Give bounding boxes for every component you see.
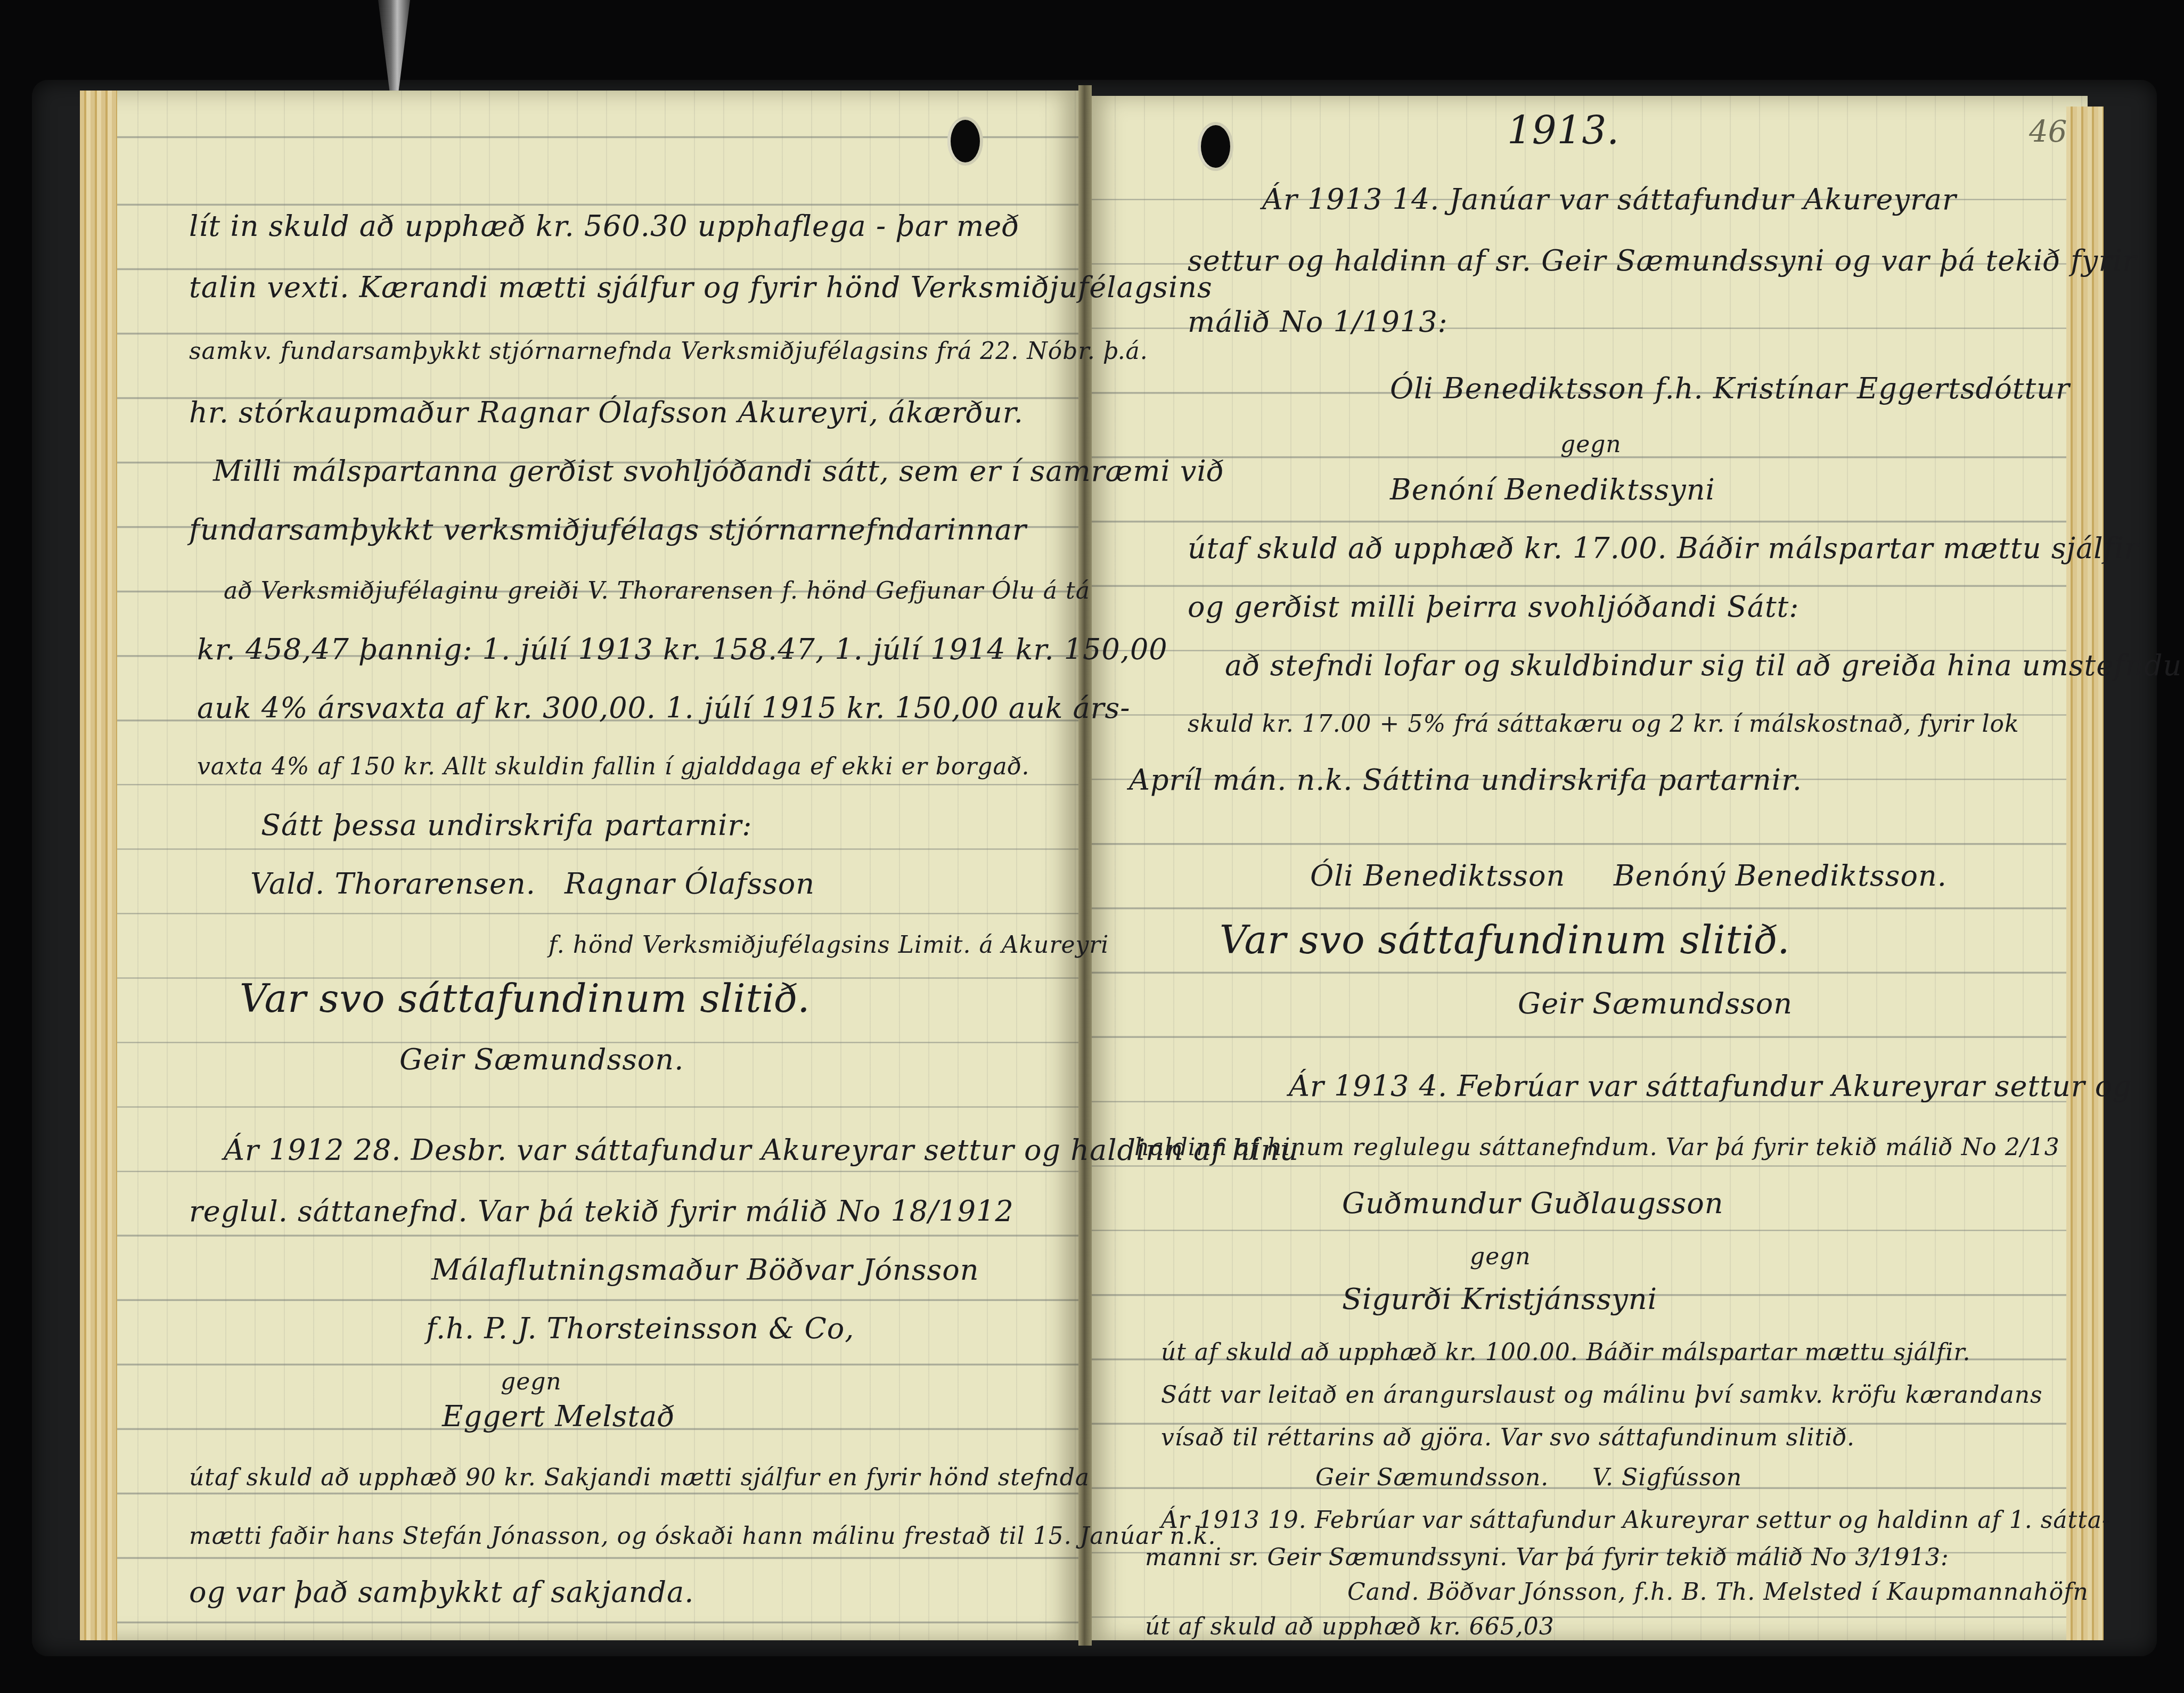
text-line: að Verksmiðjufélaginu greiði V. Thoraren…: [224, 575, 1090, 607]
closing-text: Var svo sáttafundinum slitið.: [240, 983, 811, 1015]
text-line: að stefndi lofar og skuldbindur sig til …: [1225, 650, 2182, 682]
text-line: Ár 1913 4. Febrúar var sáttafundur Akure…: [1289, 1070, 2132, 1102]
page-number: 46: [2029, 114, 2067, 149]
right-page-edges: [2066, 107, 2104, 1640]
text-line: Sátt var leitað en árangurslaust og máli…: [1161, 1379, 2043, 1411]
text-line: út af skuld að upphæð kr. 665,03: [1145, 1611, 1555, 1643]
text-line: kr. 458,47 þannig: 1. júlí 1913 kr. 158.…: [197, 634, 1168, 666]
signature: Óli Benediktsson: [1310, 860, 1565, 892]
text-line: hr. stórkaupmaður Ragnar Ólafsson Akurey…: [189, 397, 1024, 429]
text-line: vísað til réttarins að gjöra. Var svo sá…: [1161, 1422, 1855, 1454]
signature: Ragnar Ólafsson: [565, 868, 815, 900]
text-line: vaxta 4% af 150 kr. Allt skuldin fallin …: [197, 751, 1029, 783]
left-page-edges: [80, 91, 117, 1640]
text-line: Milli málspartanna gerðist svohljóðandi …: [213, 455, 1224, 487]
signature: Geir Sæmundsson.: [1315, 1462, 1549, 1494]
text-line: fundarsamþykkt verksmiðjufélags stjórnar…: [189, 514, 1027, 546]
signature: Benóný Benediktsson.: [1614, 860, 1947, 892]
text-line: settur og haldinn af sr. Geir Sæmundssyn…: [1188, 245, 2137, 277]
book-spine: [1078, 85, 1092, 1646]
signature-note: f. hönd Verksmiðjufélagsins Limit. á Aku…: [549, 929, 1109, 961]
text-line: Ár 1913 14. Janúar var sáttafundur Akure…: [1262, 184, 1957, 216]
text-line: út af skuld að upphæð kr. 100.00. Báðir …: [1161, 1337, 1971, 1369]
party-name: Málaflutningsmaður Böðvar Jónsson: [431, 1254, 979, 1286]
party-name: Óli Benediktsson f.h. Kristínar Eggertsd…: [1390, 373, 2070, 405]
text-line: málið No 1/1913:: [1188, 306, 1448, 338]
text-line: skuld kr. 17.00 + 5% frá sáttakæru og 2 …: [1188, 708, 2019, 740]
party-name: Sigurði Kristjánssyni: [1342, 1283, 1657, 1315]
text-line: lít in skuld að upphæð kr. 560.30 upphaf…: [189, 210, 1020, 242]
gegn-label: gegn: [1560, 429, 1622, 461]
party-name: f.h. P. J. Thorsteinsson & Co,: [426, 1313, 854, 1345]
text-line: manni sr. Geir Sæmundssyni. Var þá fyrir…: [1145, 1542, 1949, 1574]
gegn-label: gegn: [501, 1366, 562, 1398]
text-line: samkv. fundarsamþykkt stjórnarnefnda Ver…: [189, 336, 1148, 367]
gegn-label: gegn: [1470, 1241, 1531, 1273]
text-line: Ár 1913 19. Febrúar var sáttafundur Akur…: [1161, 1504, 2111, 1536]
text-line: mætti faðir hans Stefán Jónasson, og ósk…: [189, 1520, 1216, 1552]
binder-hole-left: [951, 120, 980, 162]
text-line: og var það samþykkt af sakjanda.: [189, 1576, 694, 1608]
signature: Geir Sæmundsson.: [399, 1044, 684, 1076]
text-line: talin vexti. Kærandi mætti sjálfur og fy…: [189, 272, 1213, 304]
closing-text: Var svo sáttafundinum slitið.: [1220, 924, 1790, 956]
text-line: og gerðist milli þeirra svohljóðandi Sát…: [1188, 591, 1799, 623]
signature: Geir Sæmundsson: [1518, 988, 1793, 1020]
text-line: Apríl mán. n.k. Sáttina undirskrifa part…: [1129, 764, 1802, 796]
party-name: Eggert Melstað: [442, 1401, 675, 1433]
party-name: Cand. Böðvar Jónsson, f.h. B. Th. Melste…: [1347, 1576, 2089, 1608]
text-line: útaf skuld að upphæð 90 kr. Sakjandi mæt…: [189, 1462, 1090, 1494]
year-heading: 1913.: [1507, 114, 1619, 146]
text-line: reglul. sáttanefnd. Var þá tekið fyrir m…: [189, 1196, 1014, 1228]
text-line: Sátt þessa undirskrifa partarnir:: [261, 809, 752, 841]
signature: Vald. Thorarensen.: [250, 868, 536, 900]
party-name: Benóní Benediktssyni: [1390, 474, 1715, 506]
text-line: auk 4% ársvaxta af kr. 300,00. 1. júlí 1…: [197, 692, 1131, 724]
binder-hole-right: [1201, 125, 1230, 168]
signature: V. Sigfússon: [1592, 1462, 1742, 1494]
text-line: haldinn af hinum reglulegu sáttanefndum.…: [1134, 1132, 2060, 1164]
text-line: útaf skuld að upphæð kr. 17.00. Báðir má…: [1188, 533, 2139, 565]
party-name: Guðmundur Guðlaugsson: [1342, 1188, 1723, 1220]
